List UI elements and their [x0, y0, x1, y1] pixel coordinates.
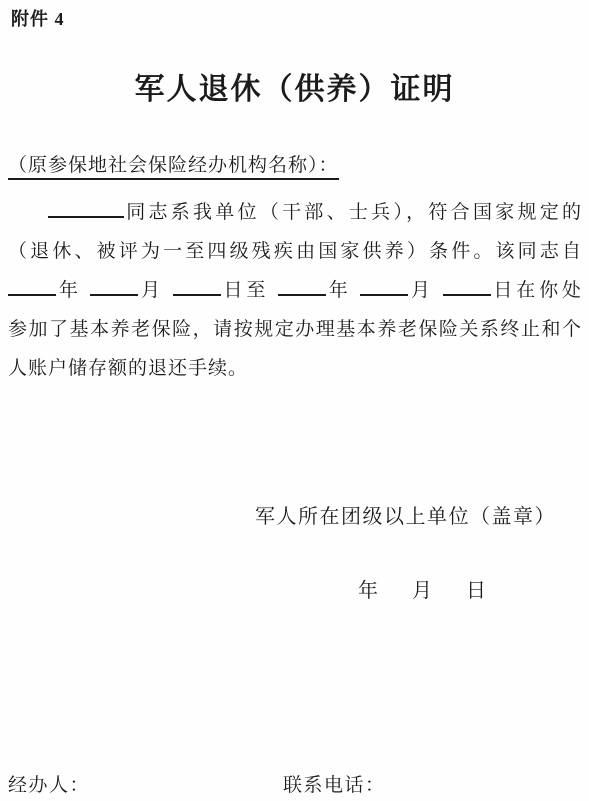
from-year-label: 年	[56, 280, 82, 301]
from-day-to-label: 日至	[221, 280, 270, 301]
body-line-6: 人账户储存额的退还手续。	[8, 349, 582, 388]
date-month-label: 月	[412, 574, 432, 603]
attachment-label: 附件 4	[11, 5, 65, 31]
body-line-5: 参加了基本养老保险，请按规定办理基本养老保险关系终止和个	[8, 310, 582, 349]
from-year-blank	[8, 279, 56, 296]
to-month-label: 月	[408, 280, 434, 301]
date-year-label: 年	[358, 574, 378, 603]
body-line-2-text: 同志系我单位（干部、士兵），符合国家规定的	[124, 202, 582, 223]
to-year-label: 年	[326, 280, 352, 301]
handler-label: 经办人：	[8, 770, 90, 797]
from-month-label: 月	[138, 280, 164, 301]
date-fill-line: 年 月 日至 年 月 日在你处	[8, 271, 582, 310]
to-day-blank	[443, 279, 491, 296]
from-day-blank	[173, 279, 221, 296]
recipient-label: （原参保地社会保险经办机构名称）：	[8, 155, 339, 180]
from-month-blank	[90, 279, 138, 296]
date-day-label: 日	[466, 574, 486, 603]
to-year-blank	[278, 279, 326, 296]
document-title: 军人退休（供养）证明	[0, 64, 589, 108]
to-month-blank	[360, 279, 408, 296]
signature-date-line: 年 月 日	[358, 574, 486, 603]
signature-unit-line: 军人所在团级以上单位（盖章）	[0, 500, 589, 529]
certificate-body: （原参保地社会保险经办机构名称）： 同志系我单位（干部、士兵），符合国家规定的 …	[8, 146, 582, 388]
document-page: 附件 4 军人退休（供养）证明 （原参保地社会保险经办机构名称）： 同志系我单位…	[0, 0, 589, 801]
name-blank	[48, 201, 124, 218]
phone-label: 联系电话：	[283, 770, 386, 797]
recipient-line: （原参保地社会保险经办机构名称）：	[8, 146, 582, 185]
body-line-2: 同志系我单位（干部、士兵），符合国家规定的	[8, 193, 582, 232]
to-day-suffix-label: 日在你处	[491, 280, 582, 301]
body-line-3: （退休、被评为一至四级残疾由国家供养）条件。该同志自	[8, 232, 582, 271]
